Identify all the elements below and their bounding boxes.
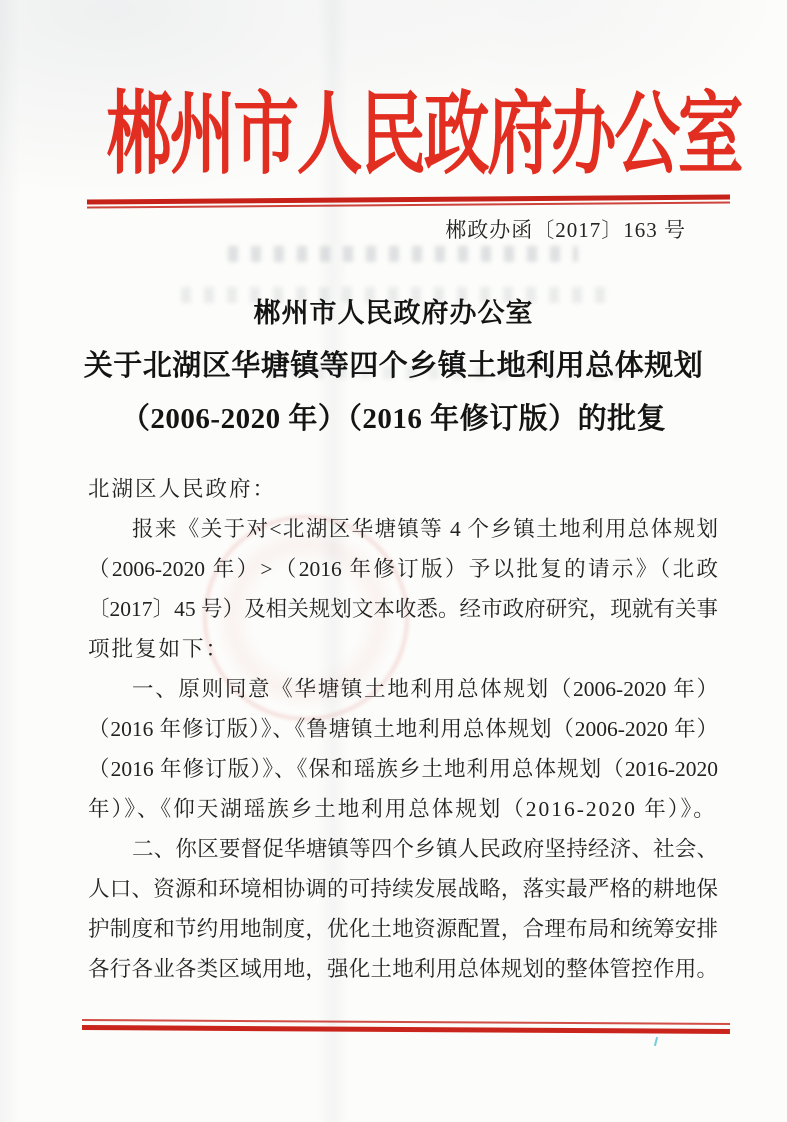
letterhead-divider-line xyxy=(87,194,730,208)
body-line: 〔2017〕45 号）及相关规划文本收悉。经市政府研究，现就有关事 xyxy=(88,589,718,629)
body-line: 项批复如下： xyxy=(88,629,718,669)
document-title-line-1: 郴州市人民政府办公室 xyxy=(0,291,787,330)
document-body: 北湖区人民政府： 报来《关于对<北湖区华塘镇等 4 个乡镇土地利用总体规划 （2… xyxy=(88,469,718,989)
body-line: 各行各业各类区域用地，强化土地利用总体规划的整体管控作用。 xyxy=(88,949,718,989)
bleedthrough-smudge xyxy=(228,246,578,262)
body-line: （2006-2020 年）>（2016 年修订版）予以批复的请示》（北政 xyxy=(88,549,718,589)
bottom-divider-line xyxy=(82,1019,730,1034)
body-line: 人口、资源和环境相协调的可持续发展战略，落实最严格的耕地保 xyxy=(88,869,718,909)
body-line: 年）》、《仰天湖瑶族乡土地利用总体规划（2016-2020 年）》。 xyxy=(88,789,718,829)
body-line: （2016 年修订版）》、《保和瑶族乡土地利用总体规划（2016-2020 xyxy=(88,749,718,789)
document-title-line-2: 关于北湖区华塘镇等四个乡镇土地利用总体规划 xyxy=(0,343,787,384)
salutation-line: 北湖区人民政府： xyxy=(88,469,718,509)
scan-speck xyxy=(654,1037,658,1046)
document-number: 郴政办函〔2017〕163 号 xyxy=(445,214,686,244)
body-line: 护制度和节约用地制度，优化土地资源配置，合理布局和统筹安排 xyxy=(88,909,718,949)
letterhead-org-name: 郴州市人民政府办公室 xyxy=(106,86,681,185)
body-line-item-one: 一、原则同意《华塘镇土地利用总体规划（2006-2020 年） xyxy=(88,669,718,709)
document-title-line-3: （2006-2020 年）（2016 年修订版）的批复 xyxy=(0,396,787,437)
body-line-item-two: 二、你区要督促华塘镇等四个乡镇人民政府坚持经济、社会、 xyxy=(88,829,718,869)
body-line: 报来《关于对<北湖区华塘镇等 4 个乡镇土地利用总体规划 xyxy=(88,509,718,549)
body-line: （2016 年修订版）》、《鲁塘镇土地利用总体规划（2006-2020 年） xyxy=(88,709,718,749)
scanned-document-page: 郴州市人民政府办公室 郴政办函〔2017〕163 号 郴州市人民政府办公室 关于… xyxy=(0,0,787,1122)
